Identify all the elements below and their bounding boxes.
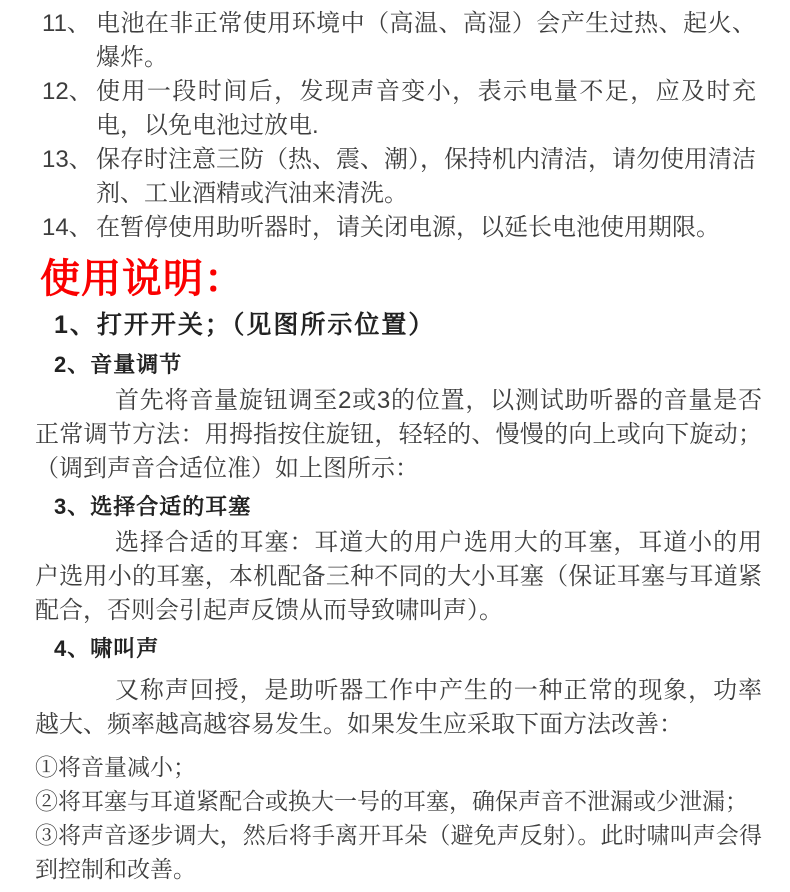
precaution-item-14: 14、 在暂停使用助听器时，请关闭电源，以延长电池使用期限。: [42, 211, 756, 245]
remedy-item-2: ②将耳塞与耳道紧配合或换大一号的耳塞，确保声音不泄漏或少泄漏；: [35, 784, 762, 818]
precaution-number: 13、: [42, 143, 96, 211]
precaution-item-13: 13、 保存时注意三防（热、震、潮），保持机内清洁，请勿使用清洁剂、工业酒精或汽…: [42, 143, 756, 211]
section-howling: 4、啸叫声 又称声回授，是助听器工作中产生的一种正常的现象，功率越大、频率越高越…: [0, 636, 790, 742]
section-title-earplug: 3、选择合适的耳塞: [54, 494, 790, 520]
remedy-item-1: ①将音量减小；: [35, 750, 762, 784]
precaution-text: 使用一段时间后，发现声音变小，表示电量不足，应及时充电，以免电池过放电.: [96, 75, 756, 143]
precaution-text: 保存时注意三防（热、震、潮），保持机内清洁，请勿使用清洁剂、工业酒精或汽油来清洗…: [96, 143, 756, 211]
precaution-text: 电池在非正常使用环境中（高温、高湿）会产生过热、起火、爆炸。: [96, 7, 756, 75]
precaution-text: 在暂停使用助听器时，请关闭电源，以延长电池使用期限。: [96, 211, 756, 245]
section-volume-adjust: 2、音量调节 首先将音量旋钮调至2或3的位置，以测试助听器的音量是否正常调节方法…: [0, 352, 790, 486]
section-body-howling: 又称声回授，是助听器工作中产生的一种正常的现象，功率越大、频率越高越容易发生。如…: [35, 674, 762, 742]
section-body-earplug: 选择合适的耳塞：耳道大的用户选用大的耳塞，耳道小的用户选用小的耳塞，本机配备三种…: [35, 526, 762, 628]
manual-page: 11、 电池在非正常使用环境中（高温、高湿）会产生过热、起火、爆炸。 12、 使…: [0, 0, 790, 892]
precautions-list: 11、 电池在非正常使用环境中（高温、高湿）会产生过热、起火、爆炸。 12、 使…: [0, 5, 790, 245]
precaution-number: 12、: [42, 75, 96, 143]
section-title-volume: 2、音量调节: [54, 352, 790, 378]
section-title-howling: 4、啸叫声: [54, 636, 790, 662]
precaution-item-12: 12、 使用一段时间后，发现声音变小，表示电量不足，应及时充电，以免电池过放电.: [42, 75, 756, 143]
section-earplug-choice: 3、选择合适的耳塞 选择合适的耳塞：耳道大的用户选用大的耳塞，耳道小的用户选用小…: [0, 494, 790, 628]
usage-instructions-heading: 使用说明：: [40, 257, 790, 301]
precaution-number: 14、: [42, 211, 96, 245]
step-1-open-switch: 1、打开开关；（见图所示位置）: [54, 311, 790, 340]
howling-remedies-list: ①将音量减小； ②将耳塞与耳道紧配合或换大一号的耳塞，确保声音不泄漏或少泄漏； …: [35, 750, 762, 886]
section-body-volume: 首先将音量旋钮调至2或3的位置，以测试助听器的音量是否正常调节方法：用拇指按住旋…: [35, 384, 762, 486]
remedy-item-3: ③将声音逐步调大，然后将手离开耳朵（避免声反射）。此时啸叫声会得到控制和改善。: [35, 818, 762, 886]
precaution-item-11: 11、 电池在非正常使用环境中（高温、高湿）会产生过热、起火、爆炸。: [42, 7, 756, 75]
precaution-number: 11、: [42, 7, 96, 75]
